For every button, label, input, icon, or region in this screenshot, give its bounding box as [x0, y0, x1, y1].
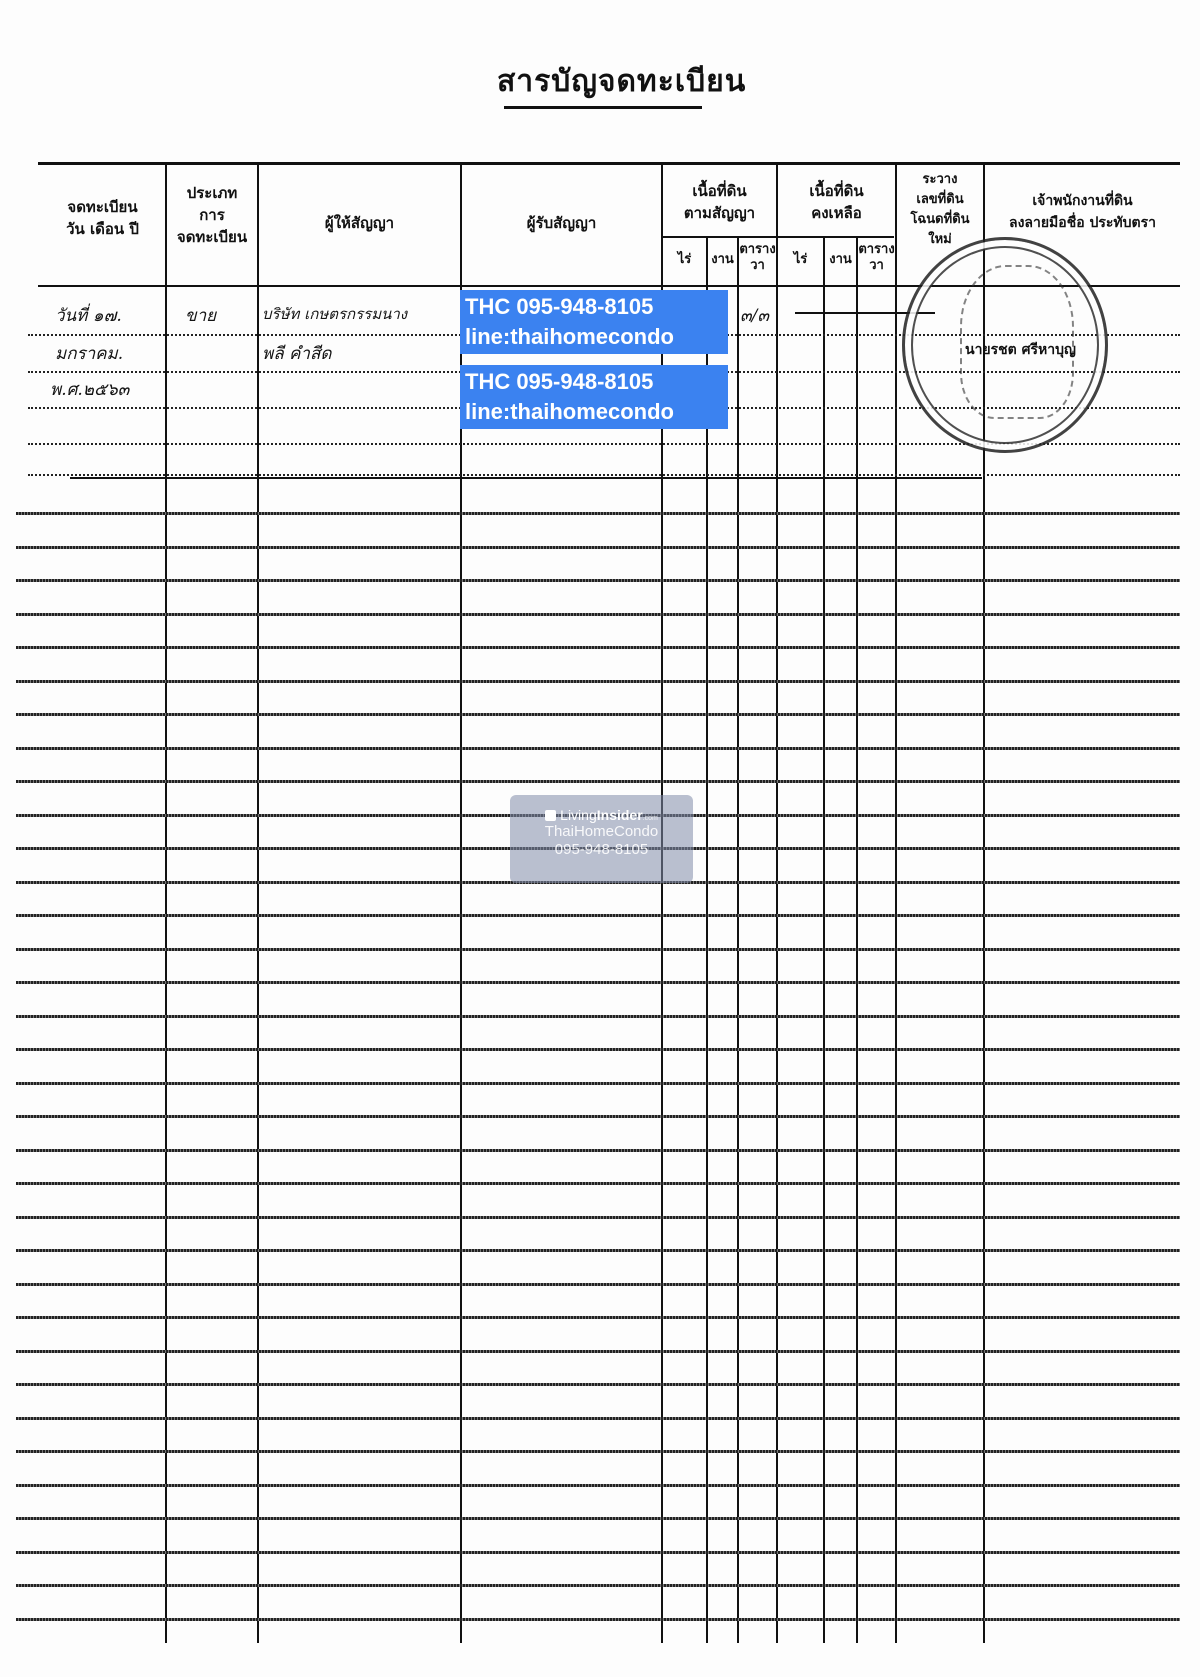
- ruled-line: [16, 1551, 1180, 1554]
- ruled-line: [16, 948, 1180, 951]
- ruled-line: [16, 1216, 1180, 1219]
- ruled-line: [16, 680, 1180, 683]
- ruled-line: [16, 1149, 1180, 1152]
- col-divider-9: [856, 237, 858, 1643]
- area-subheader-divider: [662, 236, 894, 238]
- header-grantor: ผู้ให้สัญญา: [259, 212, 460, 234]
- col-divider-6: [737, 237, 739, 1643]
- title-underline: [504, 106, 702, 109]
- ruled-line: [16, 981, 1180, 984]
- watermark-phone: 095-948-8105: [510, 841, 693, 859]
- officer-name-stamp: นายรชต ศรีหาบุญ: [965, 339, 1076, 361]
- ruled-line: [16, 1283, 1180, 1286]
- ruled-line: [16, 579, 1180, 582]
- col-divider-10: [895, 163, 897, 1643]
- header-registration-date: จดทะเบียน วัน เดือน ปี: [40, 196, 165, 240]
- ruled-line: [16, 1115, 1180, 1118]
- entry-date-day: วันที่ ๑๗.: [55, 302, 122, 329]
- header-registration-type: ประเภท การ จดทะเบียน: [167, 182, 257, 248]
- ruled-line: [16, 747, 1180, 750]
- overlay-line-id: line:thaihomecondo: [465, 397, 723, 427]
- livinginsider-logo-icon: [545, 810, 556, 821]
- col-divider-5: [706, 237, 708, 1643]
- ruled-line: [16, 1517, 1180, 1520]
- ruled-line: [16, 1450, 1180, 1453]
- header-area-contract-rai: ไร่: [663, 252, 706, 268]
- ruled-line: [16, 1082, 1180, 1085]
- col-divider-1: [165, 163, 167, 1643]
- entry-grantor-line2: พลี คำสีด: [262, 340, 331, 367]
- ruled-line: [16, 1048, 1180, 1051]
- entry-date-month: มกราคม.: [55, 340, 123, 367]
- scanned-document-page: สารบัญจดทะเบียน จดทะเบียน วัน เดือน ปี ป…: [0, 0, 1200, 1677]
- watermark-name: ThaiHomeCondo: [510, 823, 693, 841]
- overlay-phone: THC 095-948-8105: [465, 367, 723, 397]
- col-divider-2: [257, 163, 259, 1643]
- col-divider-8: [823, 237, 825, 1643]
- table-top-border: [38, 162, 1180, 165]
- entry-end-line: [70, 477, 982, 479]
- header-area-remaining-sqwa: ตาราง วา: [858, 242, 895, 274]
- header-area-contract-ngan: งาน: [708, 252, 737, 268]
- header-area-remaining-rai: ไร่: [778, 252, 823, 268]
- contact-overlay: THC 095-948-8105 line:thaihomecondo: [460, 290, 728, 354]
- ruled-line: [16, 713, 1180, 716]
- ruled-line: [16, 780, 1180, 783]
- ruled-line: [16, 1383, 1180, 1386]
- ruled-line: [16, 512, 1180, 515]
- ruled-line: [16, 1015, 1180, 1018]
- ruled-line: [16, 646, 1180, 649]
- ruled-line: [16, 1484, 1180, 1487]
- watermark-brand: LivingInsider.com: [510, 807, 693, 823]
- row-line: [28, 474, 1180, 476]
- entry-area-sqwa: ๓/๓: [740, 302, 769, 329]
- ruled-line: [16, 546, 1180, 549]
- ruled-line: [16, 1249, 1180, 1252]
- ruled-line: [16, 1618, 1180, 1621]
- header-new-title-number: ระวาง เลขที่ดิน โฉนดที่ดิน ใหม่: [897, 170, 983, 250]
- header-grantee: ผู้รับสัญญา: [462, 212, 661, 234]
- entry-grantor-line1: บริษัท เกษตรกรรมนาง: [262, 302, 407, 326]
- header-area-by-contract: เนื้อที่ดิน ตามสัญญา: [663, 180, 776, 224]
- ruled-line: [16, 1417, 1180, 1420]
- ruled-line: [16, 1316, 1180, 1319]
- ruled-line: [16, 1584, 1180, 1587]
- ruled-line: [16, 613, 1180, 616]
- ruled-line: [16, 1182, 1180, 1185]
- ruled-line: [16, 914, 1180, 917]
- contact-overlay: THC 095-948-8105 line:thaihomecondo: [460, 365, 728, 429]
- overlay-line-id: line:thaihomecondo: [465, 322, 723, 352]
- entry-date-year: พ.ศ.๒๕๖๓: [50, 376, 129, 403]
- header-area-contract-sqwa: ตาราง วา: [739, 242, 776, 274]
- document-title: สารบัญจดทะเบียน: [497, 58, 746, 105]
- header-area-remaining: เนื้อที่ดิน คงเหลือ: [778, 180, 895, 224]
- entry-registration-type: ขาย: [185, 302, 216, 329]
- header-area-remaining-ngan: งาน: [825, 252, 856, 268]
- col-divider-7: [776, 163, 778, 1643]
- livinginsider-watermark: LivingInsider.com ThaiHomeCondo 095-948-…: [510, 795, 693, 883]
- ruled-line: [16, 1350, 1180, 1353]
- overlay-phone: THC 095-948-8105: [465, 292, 723, 322]
- header-officer: เจ้าพนักงานที่ดิน ลงลายมือชื่อ ประทับตรา: [985, 190, 1180, 234]
